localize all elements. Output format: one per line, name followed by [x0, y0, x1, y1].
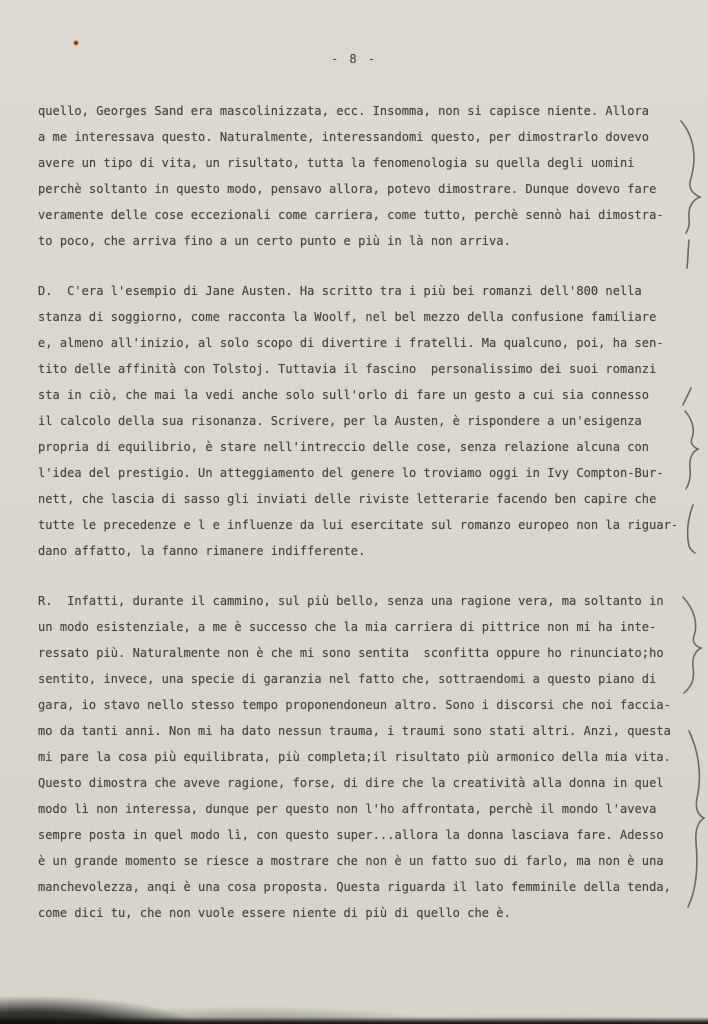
typewritten-document-page: - 8 - quello, Georges Sand era mascolini… [0, 0, 708, 1024]
pencil-dash-right-intro-icon [687, 240, 689, 268]
text-line: gara, io stavo nello stesso tempo propon… [38, 692, 686, 718]
text-line: Questo dimostra che aveve ragione, forse… [38, 770, 686, 796]
text-line: è un grande momento se riesce a mostrare… [38, 848, 686, 874]
text-line: propria di equilibrio, è stare nell'intr… [38, 434, 686, 460]
text-line: nett, che lascia di sasso gli inviati de… [38, 486, 686, 512]
text-line: R. Infatti, durante il cammino, sul più … [38, 588, 686, 614]
text-line: quello, Georges Sand era mascolinizzata,… [38, 98, 686, 124]
text-line: manchevolezza, anqi è una cosa proposta.… [38, 874, 686, 900]
paragraph-intro: quello, Georges Sand era mascolinizzata,… [38, 98, 686, 254]
text-line: sta in ciò, che mai la vedi anche solo s… [38, 382, 686, 408]
text-line: sempre posta in quel modo lì, con questo… [38, 822, 686, 848]
text-line: modo lì non interessa, dunque per questo… [38, 796, 686, 822]
page-number: - 8 - [0, 52, 708, 66]
text-line: come dici tu, che non vuole essere nient… [38, 900, 686, 926]
pencil-paren-capire-icon [688, 505, 695, 553]
paper-speck [73, 40, 79, 47]
text-line: un modo esistenziale, a me è successo ch… [38, 614, 686, 640]
pencil-brace-r-bottom-icon [688, 731, 704, 907]
photocopy-smudge [0, 934, 708, 1024]
text-line: perchè soltanto in questo modo, pensavo … [38, 176, 686, 202]
paragraph-r: R. Infatti, durante il cammino, sul più … [38, 588, 686, 926]
text-line: stanza di soggiorno, come racconta la Wo… [38, 304, 686, 330]
text-line: dano affatto, la fanno rimanere indiffer… [38, 538, 686, 564]
text-line: to poco, che arriva fino a un certo punt… [38, 228, 686, 254]
text-line: veramente delle cose eccezionali come ca… [38, 202, 686, 228]
text-line: mi pare la cosa più equilibrata, più com… [38, 744, 686, 770]
text-line: avere un tipo di vita, un risultato, tut… [38, 150, 686, 176]
text-line: mo da tanti anni. Non mi ha dato nessun … [38, 718, 686, 744]
paragraph-d: D. C'era l'esempio di Jane Austen. Ha sc… [38, 278, 686, 564]
text-line: D. C'era l'esempio di Jane Austen. Ha sc… [38, 278, 686, 304]
text-line: tutte le precedenze e l e influenze da l… [38, 512, 686, 538]
document-body: quello, Georges Sand era mascolinizzata,… [38, 98, 686, 926]
text-line: il calcolo della sua risonanza. Scrivere… [38, 408, 686, 434]
text-line: l'idea del prestigio. Un atteggiamento d… [38, 460, 686, 486]
text-line: a me interessava questo. Naturalmente, i… [38, 124, 686, 150]
text-line: sentito, invece, una specie di garanzia … [38, 666, 686, 692]
text-line: e, almeno all'inizio, al solo scopo di d… [38, 330, 686, 356]
pencil-brace-esigenza-icon [685, 411, 698, 489]
text-line: ressato più. Naturalmente non è che mi s… [38, 640, 686, 666]
text-line: tito delle affinità con Tolstoj. Tuttavi… [38, 356, 686, 382]
